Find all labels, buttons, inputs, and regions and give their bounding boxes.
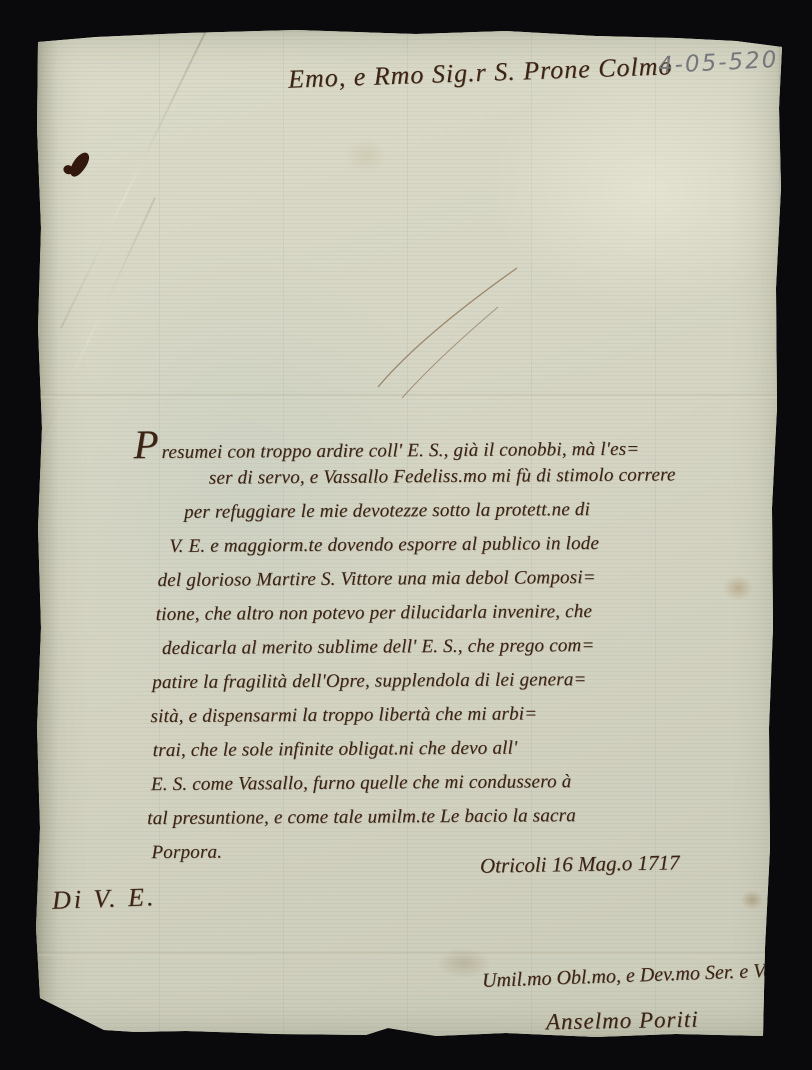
signature-role-line: Umil.mo Obl.mo, e Dev.mo Ser. e Vassallo xyxy=(482,958,812,993)
body-line: del glorioso Martire S. Vittore una mia … xyxy=(157,560,771,598)
fold-crease-diagonal xyxy=(33,197,156,457)
body-line: V. E. e maggiorm.te dovendo esporre al p… xyxy=(169,526,771,564)
pen-stroke-marks xyxy=(366,258,536,408)
body-line: tione, che altro non potevo per dilucida… xyxy=(156,594,772,632)
folded-corner xyxy=(36,990,110,1036)
body-line: Porpora. xyxy=(151,832,773,870)
body-line: per refuggiare le mie devotezze sotto la… xyxy=(184,492,771,530)
body-line: patire la fragilità dell'Opre, supplendo… xyxy=(152,662,772,700)
dateline: Otricoli 16 Mag.o 1717 xyxy=(480,850,680,878)
letter-page: Emo, e Rmo Sig.r S. Prone Colmo 4-05-520… xyxy=(36,28,784,1040)
ink-blot xyxy=(66,150,93,179)
fold-crease-diagonal xyxy=(60,32,206,329)
fold-crease-horizontal xyxy=(36,952,784,956)
body-line: E. S. come Vassallo, furno quelle che mi… xyxy=(151,764,773,802)
body-line: Presumei con troppo ardire coll' E. S., … xyxy=(133,424,770,462)
body-line: dedicarla al merito sublime dell' E. S.,… xyxy=(162,628,772,666)
letter-body: Presumei con troppo ardire coll' E. S., … xyxy=(130,424,773,870)
salutation-line: Emo, e Rmo Sig.r S. Prone Colmo xyxy=(288,51,673,94)
body-line: tal presuntione, e come tale umilm.te Le… xyxy=(147,798,773,836)
body-line: ser di servo, e Vassallo Fedeliss.mo mi … xyxy=(209,458,771,496)
catalog-number: 4-05-520 xyxy=(657,47,779,79)
body-line: trai, che le sole infinite obligat.ni ch… xyxy=(153,730,773,768)
manuscript-photo: Emo, e Rmo Sig.r S. Prone Colmo 4-05-520… xyxy=(0,0,812,1070)
closing-address: Di V. E. xyxy=(52,882,157,916)
body-line: sità, e dispensarmi la troppo libertà ch… xyxy=(150,696,772,734)
signature-name: Anselmo Poriti xyxy=(546,1007,699,1036)
